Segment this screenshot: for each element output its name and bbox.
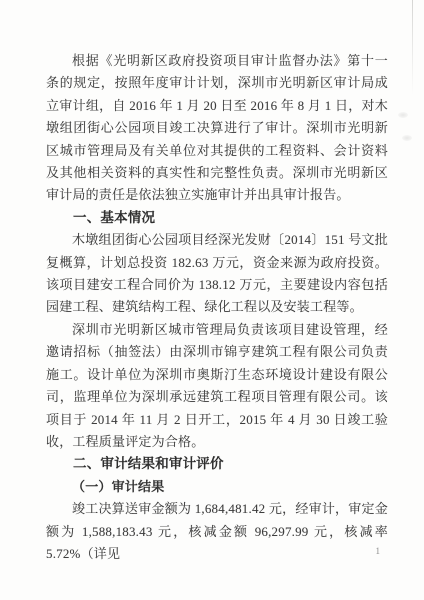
paragraph-audit-amounts: 竣工决算送审金额为 1,684,481.42 元，经审计，审定金额为 1,588… <box>46 498 388 565</box>
page-number: 1 <box>376 546 381 556</box>
subsection-heading-audit-results: （一）审计结果 <box>46 476 388 498</box>
scan-artifact-smudge <box>398 112 408 118</box>
intro-paragraph: 根据《光明新区政府投资项目审计监督办法》第十一条的规定，按照年度审计计划，深圳市… <box>46 50 388 207</box>
scan-artifact-smudge <box>402 135 412 141</box>
audit-report-body: 根据《光明新区政府投资项目审计监督办法》第十一条的规定，按照年度审计计划，深圳市… <box>46 50 388 565</box>
scan-artifact-line <box>412 0 413 95</box>
scanned-audit-report-page: 根据《光明新区政府投资项目审计监督办法》第十一条的规定，按照年度审计计划，深圳市… <box>0 0 424 600</box>
section-heading-basic-info: 一、基本情况 <box>46 207 388 229</box>
section-heading-audit-results: 二、审计结果和审计评价 <box>46 453 388 475</box>
paragraph-construction-management: 深圳市光明新区城市管理局负责该项目建设管理，经邀请招标（抽签法）由深圳市锦亨建筑… <box>46 319 388 453</box>
paragraph-project-approval: 木墩组团街心公园项目经深光发财〔2014〕151 号文批复概算，计划总投资 18… <box>46 229 388 319</box>
